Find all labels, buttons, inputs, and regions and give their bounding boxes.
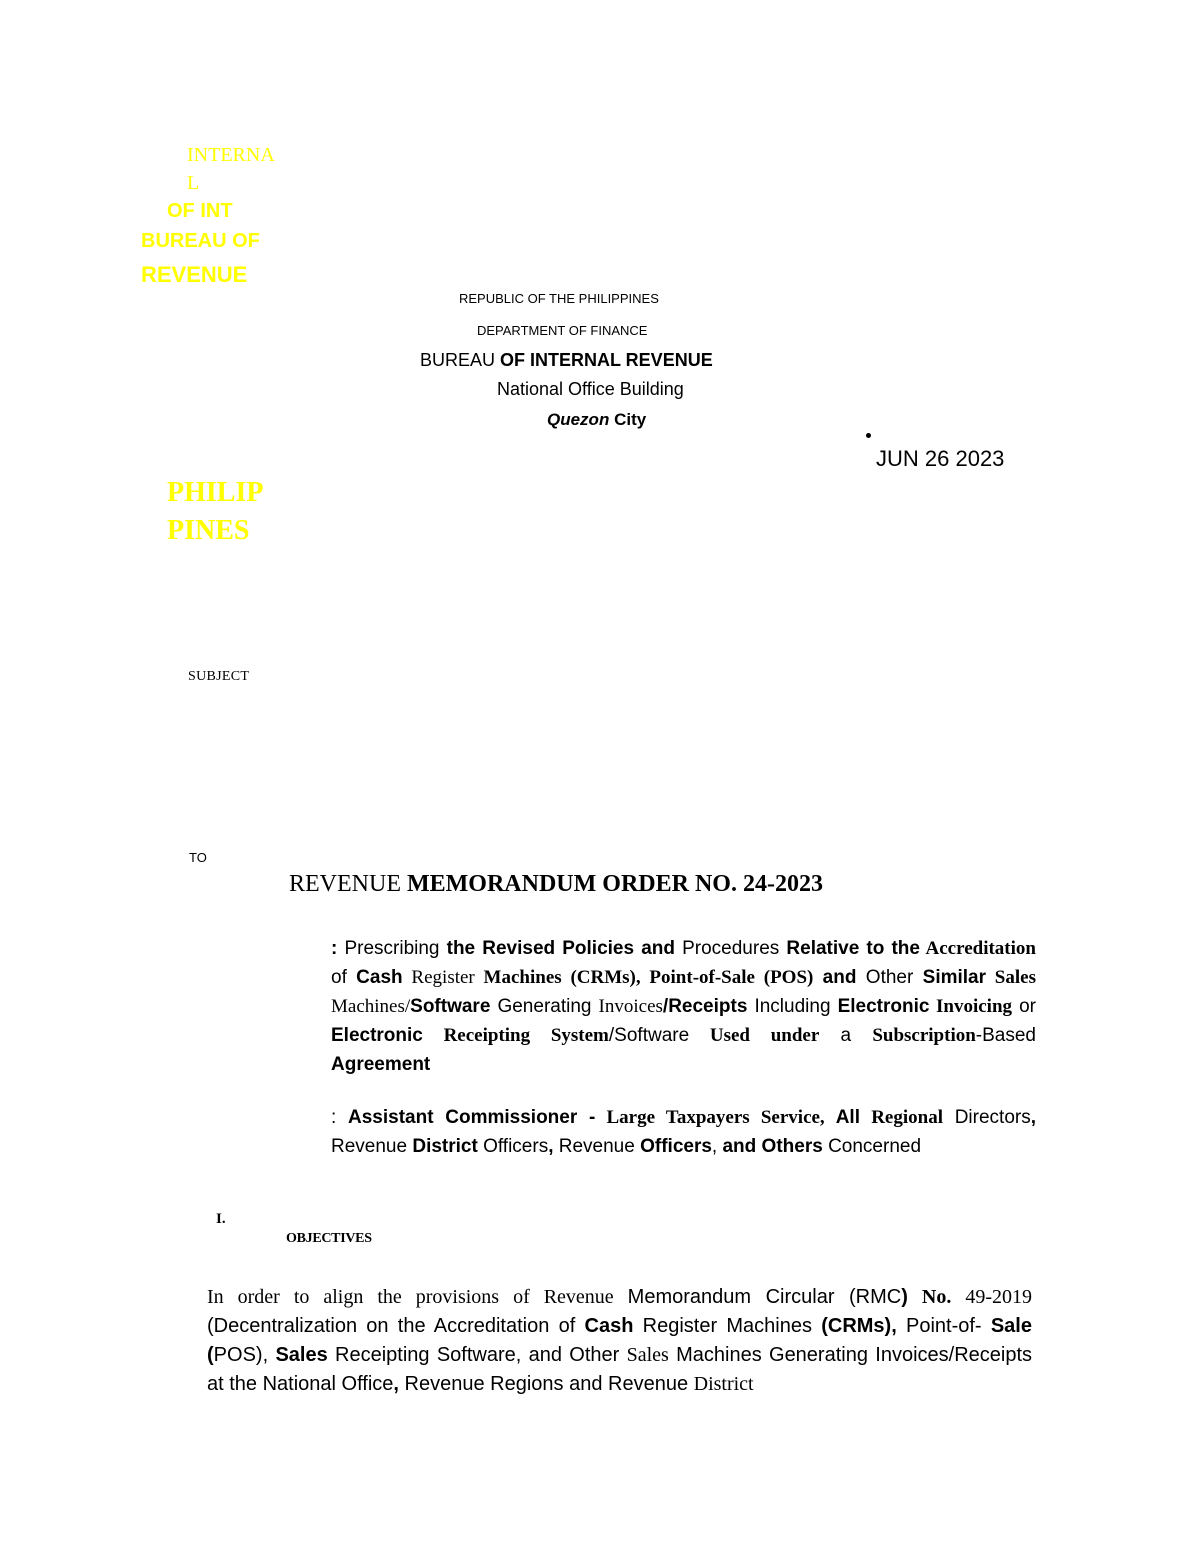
logo-text-line-4: BUREAU OF <box>141 230 260 253</box>
text-run: Agreement <box>331 1054 430 1075</box>
text-run: Prescribing <box>344 938 446 959</box>
text-run: : <box>331 1107 348 1128</box>
text-run: Machines/ <box>331 996 410 1017</box>
text-run: Generating <box>490 996 598 1017</box>
text-run: Cash <box>585 1315 634 1337</box>
text-run: Machines (CRMs), Point-of-Sale (POS) <box>484 967 814 988</box>
text-run: Register Machines <box>633 1315 821 1337</box>
letterhead-bureau: BUREAU OF INTERNAL REVENUE <box>420 350 713 371</box>
text-run: Revenue <box>553 1136 640 1157</box>
text-run: Register <box>403 967 484 988</box>
text-run: Concerned <box>823 1136 921 1157</box>
text-run: ) <box>901 1286 908 1308</box>
text-run: Regional <box>860 1107 943 1128</box>
text-run: /Software <box>609 1025 689 1046</box>
text-run: Receipting Software, and Other <box>328 1344 627 1366</box>
philippines-text-line-1: PHILIP <box>167 477 263 509</box>
text-run: Officers <box>478 1136 548 1157</box>
text-run: POS <box>214 1344 256 1366</box>
letterhead-republic: REPUBLIC OF THE PHILIPPINES <box>459 291 659 306</box>
section-number: I. <box>216 1211 226 1228</box>
text-run: Revenue <box>331 1136 412 1157</box>
text-run: Point-of- <box>897 1315 982 1337</box>
logo-text-line-2: L <box>187 172 199 195</box>
letterhead-city: Quezon City <box>547 410 646 430</box>
logo-text-line-5: REVENUE <box>141 262 247 288</box>
text-run: Electronic <box>838 996 930 1017</box>
city-bold: City <box>609 410 646 429</box>
title-regular: REVENUE <box>289 871 407 897</box>
to-text: : Assistant Commissioner - Large Taxpaye… <box>331 1103 1036 1161</box>
text-run: Subscription <box>872 1025 975 1046</box>
logo-text-line-3: OF INT <box>167 200 233 223</box>
text-run: and Others <box>722 1136 822 1157</box>
logo-text-line-1: INTERNA <box>187 144 275 167</box>
text-run: Sales <box>627 1344 669 1366</box>
text-run: Directors <box>943 1107 1031 1128</box>
text-run: or <box>1012 996 1036 1017</box>
text-run: (Decentralization on the Accreditation o… <box>207 1315 585 1337</box>
text-run: the Revised Policies and <box>447 938 675 959</box>
text-run: Including <box>747 996 837 1017</box>
text-run: Cash <box>356 967 402 988</box>
text-run: ), <box>256 1344 268 1366</box>
to-label: TO <box>189 850 207 865</box>
text-run: District <box>412 1136 477 1157</box>
text-run: Relative to the <box>786 938 920 959</box>
text-run: , <box>712 1136 723 1157</box>
text-run: Software <box>410 996 490 1017</box>
text-run: (CRMs), <box>821 1315 897 1337</box>
text-run: All <box>825 1107 860 1128</box>
text-run: Other <box>856 967 922 988</box>
text-run: Accreditation <box>920 938 1036 959</box>
letterhead-department: DEPARTMENT OF FINANCE <box>477 323 647 338</box>
text-run: Electronic <box>331 1025 423 1046</box>
section-title: OBJECTIVES <box>286 1231 372 1247</box>
text-run: Assistant Commissioner - <box>348 1107 595 1128</box>
text-run: No. <box>908 1286 951 1308</box>
text-run: and <box>813 967 856 988</box>
text-run: District <box>694 1373 754 1395</box>
text-run: , <box>1031 1107 1036 1128</box>
document-title: REVENUE MEMORANDUM ORDER NO. 24-2023 <box>289 871 823 898</box>
bureau-regular: BUREAU <box>420 350 500 370</box>
bureau-bold: OF INTERNAL REVENUE <box>500 350 713 370</box>
subject-label: SUBJECT <box>188 669 249 685</box>
text-run: Receipting System <box>423 1025 609 1046</box>
subject-text: : Prescribing the Revised Policies and P… <box>331 934 1036 1079</box>
text-run: Large Taxpayers Service, <box>595 1107 824 1128</box>
title-bold: MEMORANDUM ORDER NO. 24-2023 <box>407 871 823 897</box>
text-run: Invoicing <box>929 996 1012 1017</box>
text-run: Officers <box>640 1136 712 1157</box>
text-run: Procedures <box>675 938 786 959</box>
text-run: -Based <box>976 1025 1036 1046</box>
text-run: Sales <box>268 1344 328 1366</box>
text-run: : <box>331 938 344 959</box>
letterhead-building: National Office Building <box>497 379 684 400</box>
text-run: Used under <box>689 1025 819 1046</box>
text-run: Similar <box>923 967 986 988</box>
text-run: 49-2019 <box>951 1286 1032 1308</box>
text-run: /Receipts <box>663 996 747 1017</box>
text-run: a <box>819 1025 872 1046</box>
text-run: Invoices <box>599 996 663 1017</box>
objectives-paragraph: In order to align the provisions of Reve… <box>207 1283 1032 1399</box>
text-run: Revenue Regions and Revenue <box>399 1373 694 1395</box>
text-run: Sales <box>986 967 1036 988</box>
philippines-text-line-2: PINES <box>167 515 249 547</box>
document-date: JUN 26 2023 <box>876 446 1004 472</box>
bullet-dot-icon <box>866 433 871 438</box>
text-run: Memorandum Circular (RMC <box>628 1286 902 1308</box>
text-run: In order to align the provisions of Reve… <box>207 1286 628 1308</box>
text-run: of <box>331 967 356 988</box>
city-italic: Quezon <box>547 410 609 429</box>
